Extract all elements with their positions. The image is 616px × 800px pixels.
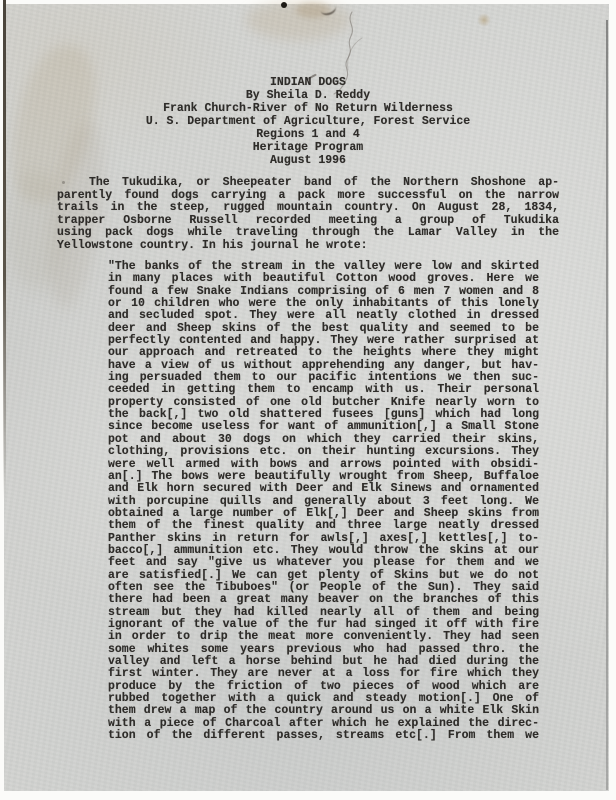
text-line: tion of the different passes, streams et… (108, 730, 539, 742)
document-byline: By Sheila D. Reddy (57, 89, 559, 102)
text-line: ceeded in getting them to encamp with us… (108, 384, 539, 396)
document-organization: Frank Church-River of No Return Wilderne… (57, 102, 559, 115)
text-line: The Tukudika, or Sheepeater band of the … (57, 177, 559, 190)
text-line: our approach and retreated to the height… (108, 347, 539, 359)
text-line: were well armed with bows and arrows poi… (108, 459, 539, 471)
text-line: there had been a great many beaver on th… (108, 594, 539, 606)
text-line: and Elk horn secured with Deer and Elk S… (108, 483, 539, 495)
document-regions: Regions 1 and 4 (57, 128, 559, 141)
text-line: feet and say "give us whatever you pleas… (108, 557, 539, 569)
text-line: first winter. They are never at a loss f… (108, 668, 539, 680)
intro-paragraph: The Tukudika, or Sheepeater band of the … (57, 177, 559, 253)
text-line: them of the finest quality and three lar… (108, 520, 539, 532)
text-line: in many places with beautiful Cotton woo… (108, 273, 539, 285)
document-department: U. S. Department of Agriculture, Forest … (57, 115, 559, 128)
document-program: Heritage Program (57, 141, 559, 154)
text-line: since become useless for want of ammunit… (108, 421, 539, 433)
scan-edge-shadow-left (3, 0, 6, 500)
document-date: August 1996 (57, 154, 559, 167)
text-line: them drew a map of the country around us… (108, 705, 539, 717)
document-title: INDIAN DOGS (57, 76, 559, 89)
document-header: INDIAN DOGS By Sheila D. Reddy Frank Chu… (57, 76, 559, 167)
text-line: trails in the steep, rugged mountain cou… (57, 202, 559, 215)
text-line: Yellowstone country. In his journal he w… (57, 240, 559, 253)
text-line: and secluded spot. They were all neatly … (108, 310, 539, 322)
text-line: in order to drip the meat more convenien… (108, 631, 539, 643)
scanned-page: INDIAN DOGS By Sheila D. Reddy Frank Chu… (0, 0, 616, 800)
text-line: clothing, provisions etc. on their hunti… (108, 446, 539, 458)
scan-edge-shadow-right (606, 20, 608, 790)
journal-quote-paragraph: "The banks of the stream in the valley w… (108, 261, 539, 742)
